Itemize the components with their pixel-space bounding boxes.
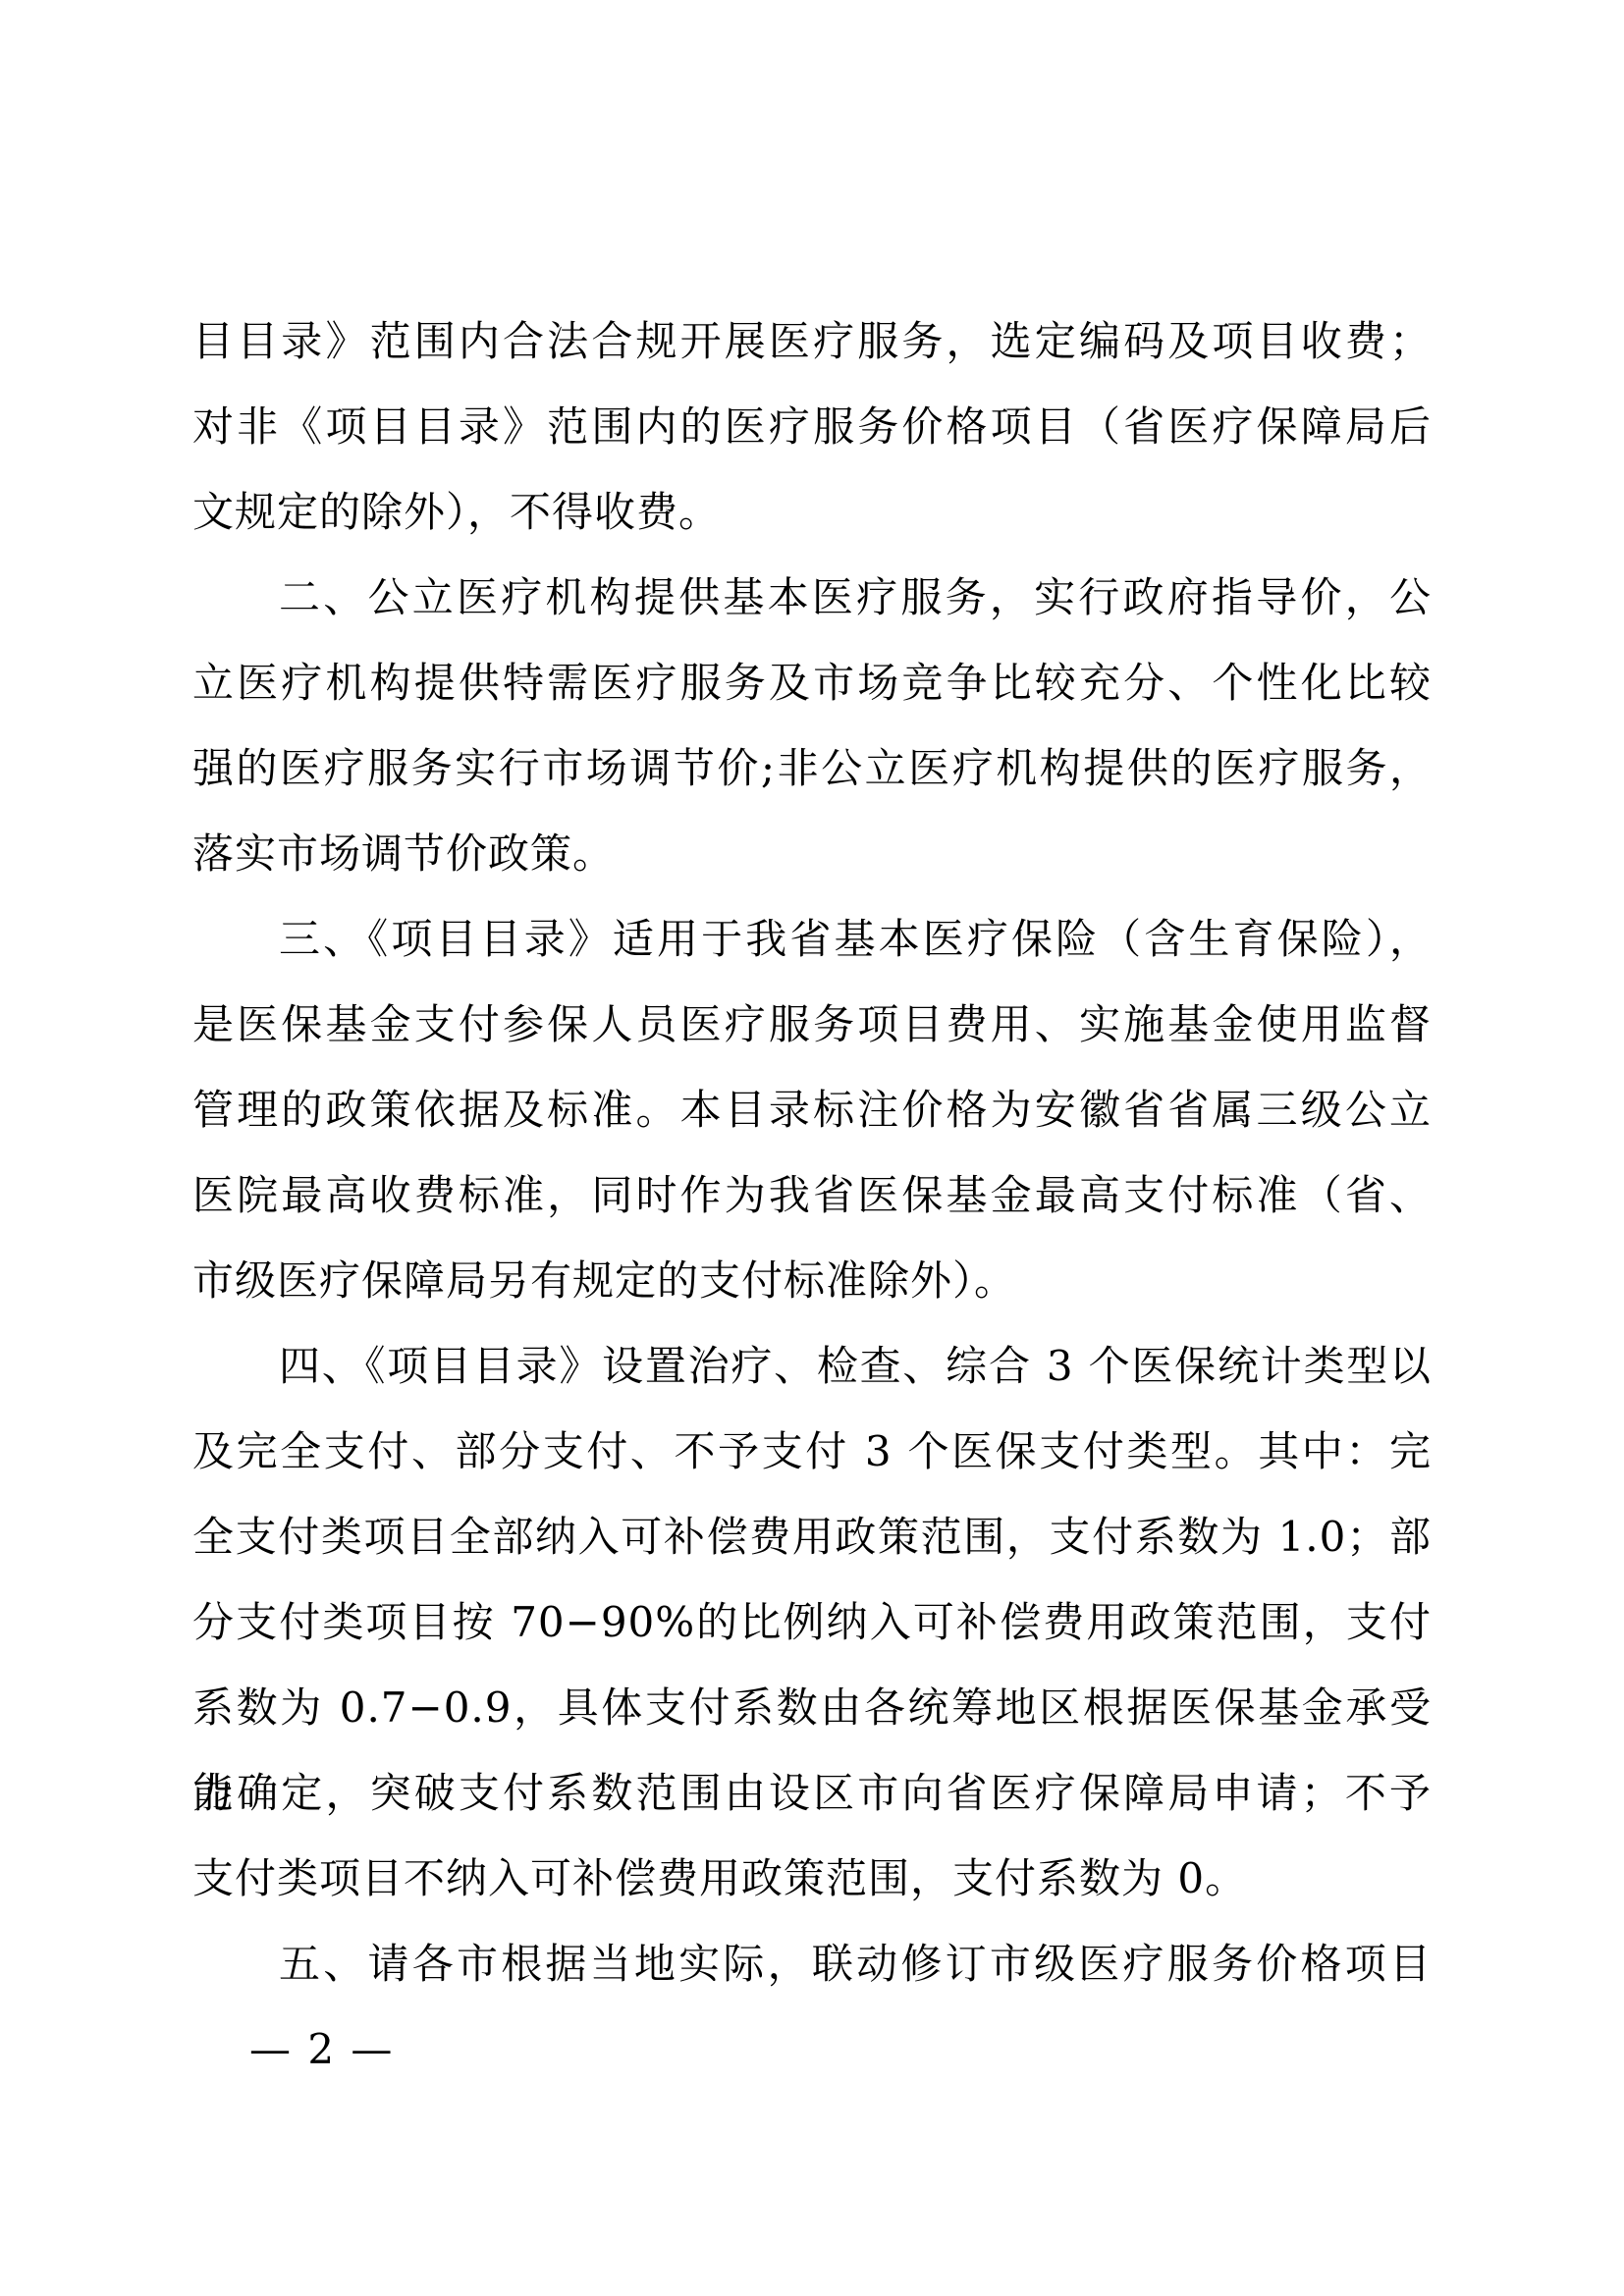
text-line: 管理的政策依据及标准。本目录标注价格为安徽省省属三级公立 (192, 1067, 1432, 1152)
page-number: — 2 — (249, 2026, 394, 2073)
text-line: 二、公立医疗机构提供基本医疗服务，实行政府指导价，公 (192, 555, 1432, 640)
text-line: 四、《项目目录》设置治疗、检查、综合 3 个医保统计类型以 (192, 1323, 1432, 1409)
text-line: 分支付类项目按 70−90%的比例纳入可补偿费用政策范围，支付 (192, 1579, 1432, 1665)
text-line: 文规定的除外），不得收费。 (192, 469, 1432, 555)
text-line: 对非《项目目录》范围内的医疗服务价格项目（省医疗保障局后 (192, 384, 1432, 469)
text-line: 全支付类项目全部纳入可补偿费用政策范围，支付系数为 1.0；部 (192, 1494, 1432, 1579)
text-line: 医院最高收费标准，同时作为我省医保基金最高支付标准（省、 (192, 1152, 1432, 1238)
text-line: 及完全支付、部分支付、不予支付 3 个医保支付类型。其中：完 (192, 1409, 1432, 1494)
text-line: 五、请各市根据当地实际，联动修订市级医疗服务价格项目 (192, 1921, 1432, 2006)
text-line: 是医保基金支付参保人员医疗服务项目费用、实施基金使用监督 (192, 982, 1432, 1067)
text-line: 三、《项目目录》适用于我省基本医疗保险（含生育保险）， (192, 896, 1432, 982)
text-line: 目目录》范围内合法合规开展医疗服务，选定编码及项目收费； (192, 298, 1432, 384)
text-line: 支付类项目不纳入可补偿费用政策范围，支付系数为 0。 (192, 1836, 1432, 1921)
text-line: 系数为 0.7−0.9，具体支付系数由各统筹地区根据医保基金承受能 (192, 1665, 1432, 1750)
document-body: 目目录》范围内合法合规开展医疗服务，选定编码及项目收费；对非《项目目录》范围内的… (192, 298, 1432, 2006)
text-line: 市级医疗保障局另有规定的支付标准除外）。 (192, 1238, 1432, 1323)
text-line: 立医疗机构提供特需医疗服务及市场竞争比较充分、个性化比较 (192, 640, 1432, 725)
document-page: 目目录》范围内合法合规开展医疗服务，选定编码及项目收费；对非《项目目录》范围内的… (0, 0, 1624, 2296)
text-line: 力确定，突破支付系数范围由设区市向省医疗保障局申请；不予 (192, 1750, 1432, 1836)
text-line: 强的医疗服务实行市场调节价;非公立医疗机构提供的医疗服务， (192, 725, 1432, 811)
text-line: 落实市场调节价政策。 (192, 811, 1432, 896)
